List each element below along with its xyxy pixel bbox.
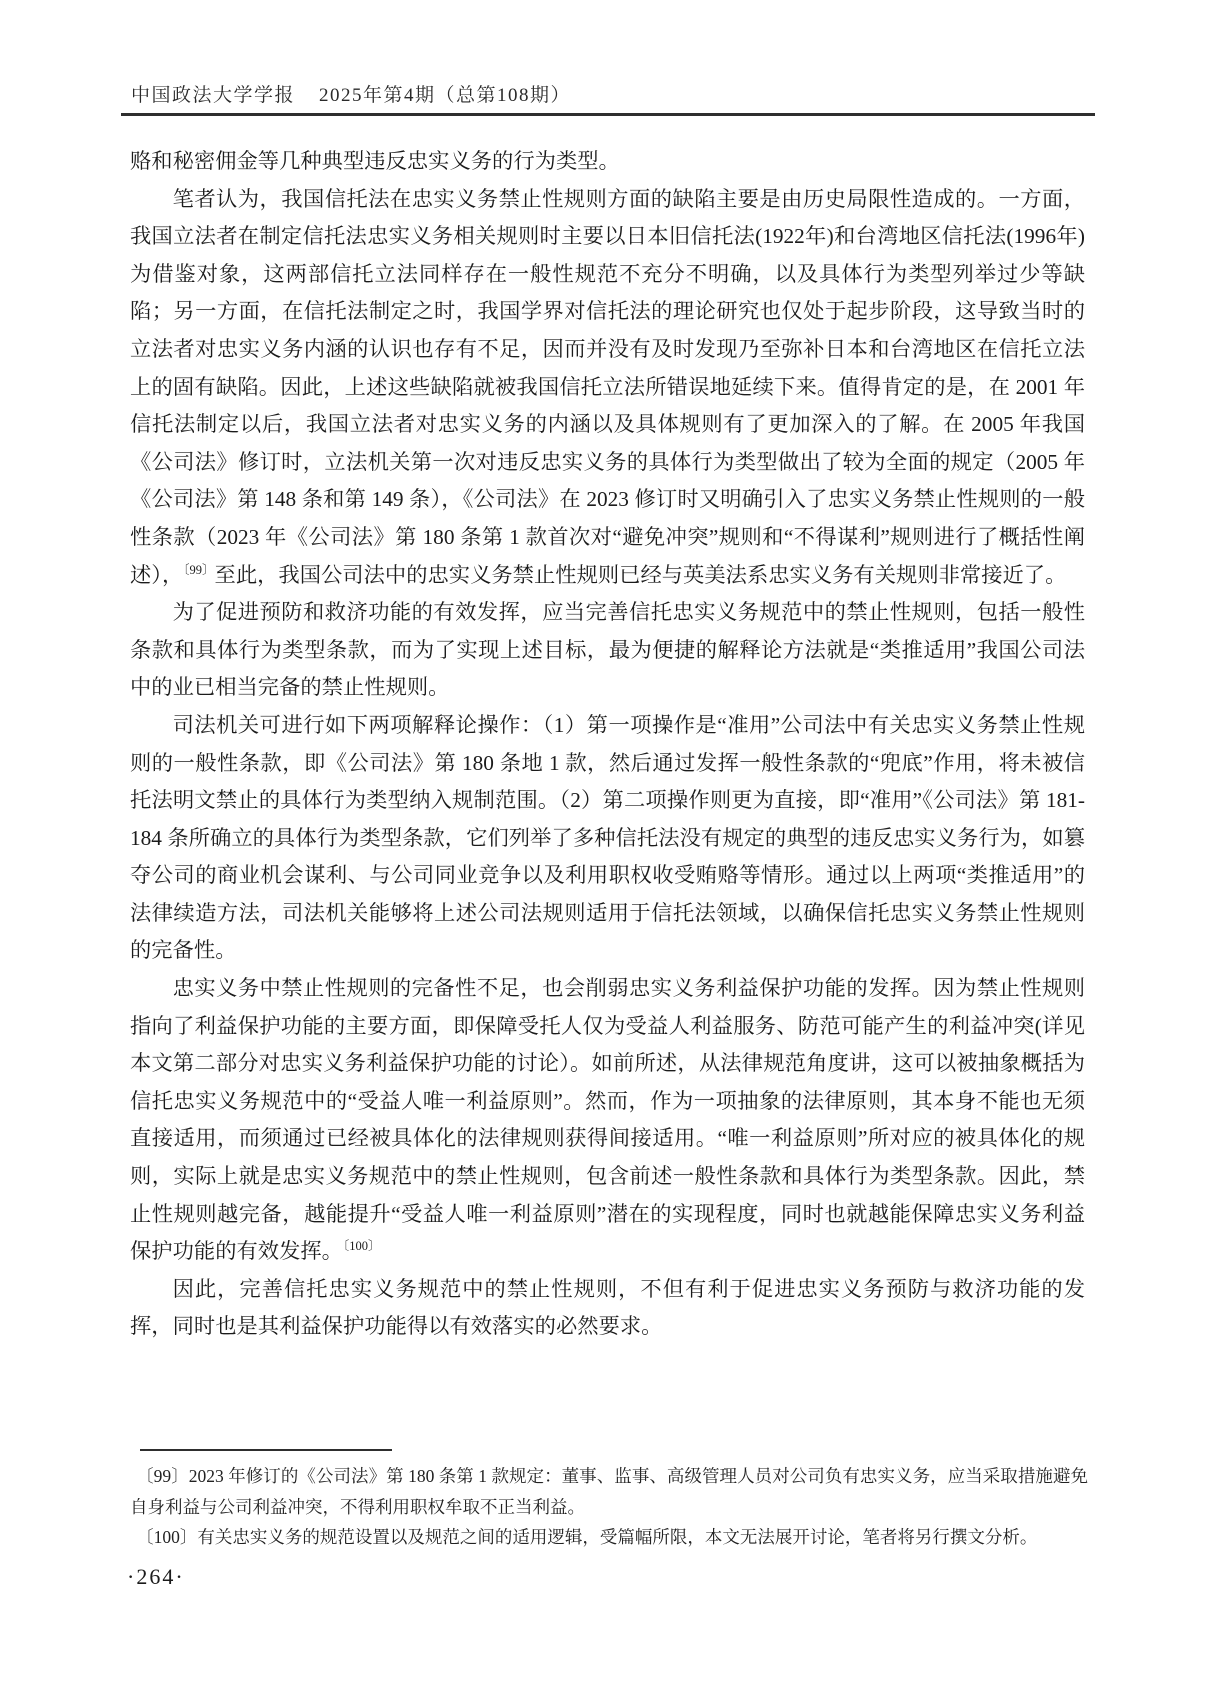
- journal-title: 中国政法大学学报: [131, 85, 295, 106]
- journal-page: 中国政法大学学报2025年第4期（总第108期） 赂和秘密佣金等几种典型违反忠实…: [0, 0, 1217, 1689]
- body-paragraph: 为了促进预防和救济功能的有效发挥，应当完善信托忠实义务规范中的禁止性规则，包括一…: [130, 594, 1085, 707]
- body-paragraph: 司法机关可进行如下两项解释论操作：（1）第一项操作是“准用”公司法中有关忠实义务…: [130, 707, 1085, 970]
- header-rule: [121, 113, 1095, 116]
- body-paragraph: 因此，完善信托忠实义务规范中的禁止性规则，不但有利于促进忠实义务预防与救济功能的…: [130, 1271, 1085, 1346]
- article-body: 赂和秘密佣金等几种典型违反忠实义务的行为类型。笔者认为，我国信托法在忠实义务禁止…: [130, 143, 1085, 1346]
- running-header: 中国政法大学学报2025年第4期（总第108期）: [131, 80, 571, 107]
- page-number: ·264·: [127, 1564, 185, 1590]
- paragraph-text: 司法机关可进行如下两项解释论操作：（1）第一项操作是“准用”公司法中有关忠实义务…: [130, 713, 1085, 963]
- footnote-marker: 〔99〕: [183, 562, 214, 576]
- paragraph-text: 忠实义务中禁止性规则的完备性不足，也会削弱忠实义务利益保护功能的发挥。因为禁止性…: [130, 976, 1085, 1263]
- footnote: 〔100〕有关忠实义务的规范设置以及规范之间的适用逻辑，受篇幅所限，本文无法展开…: [130, 1522, 1088, 1553]
- paragraph-text: 至此，我国公司法中的忠实义务禁止性规则已经与英美法系忠实义务有关规则非常接近了。: [215, 563, 1067, 587]
- body-paragraph: 笔者认为，我国信托法在忠实义务禁止性规则方面的缺陷主要是由历史局限性造成的。一方…: [130, 181, 1085, 595]
- footnote: 〔99〕2023 年修订的《公司法》第 180 条第 1 款规定：董事、监事、高…: [130, 1461, 1088, 1522]
- paragraph-text: 因此，完善信托忠实义务规范中的禁止性规则，不但有利于促进忠实义务预防与救济功能的…: [130, 1277, 1085, 1339]
- body-paragraph: 忠实义务中禁止性规则的完备性不足，也会削弱忠实义务利益保护功能的发挥。因为禁止性…: [130, 970, 1085, 1271]
- footnote-marker: 〔100〕: [343, 1239, 381, 1253]
- footnote-separator: [140, 1449, 392, 1451]
- paragraph-text: 为了促进预防和救济功能的有效发挥，应当完善信托忠实义务规范中的禁止性规则，包括一…: [130, 600, 1085, 699]
- paragraph-text: 笔者认为，我国信托法在忠实义务禁止性规则方面的缺陷主要是由历史局限性造成的。一方…: [130, 187, 1085, 587]
- body-paragraph: 赂和秘密佣金等几种典型违反忠实义务的行为类型。: [130, 143, 1085, 181]
- issue-info: 2025年第4期（总第108期）: [319, 85, 571, 106]
- paragraph-text: 赂和秘密佣金等几种典型违反忠实义务的行为类型。: [130, 149, 620, 173]
- footnotes-section: 〔99〕2023 年修订的《公司法》第 180 条第 1 款规定：董事、监事、高…: [130, 1461, 1088, 1553]
